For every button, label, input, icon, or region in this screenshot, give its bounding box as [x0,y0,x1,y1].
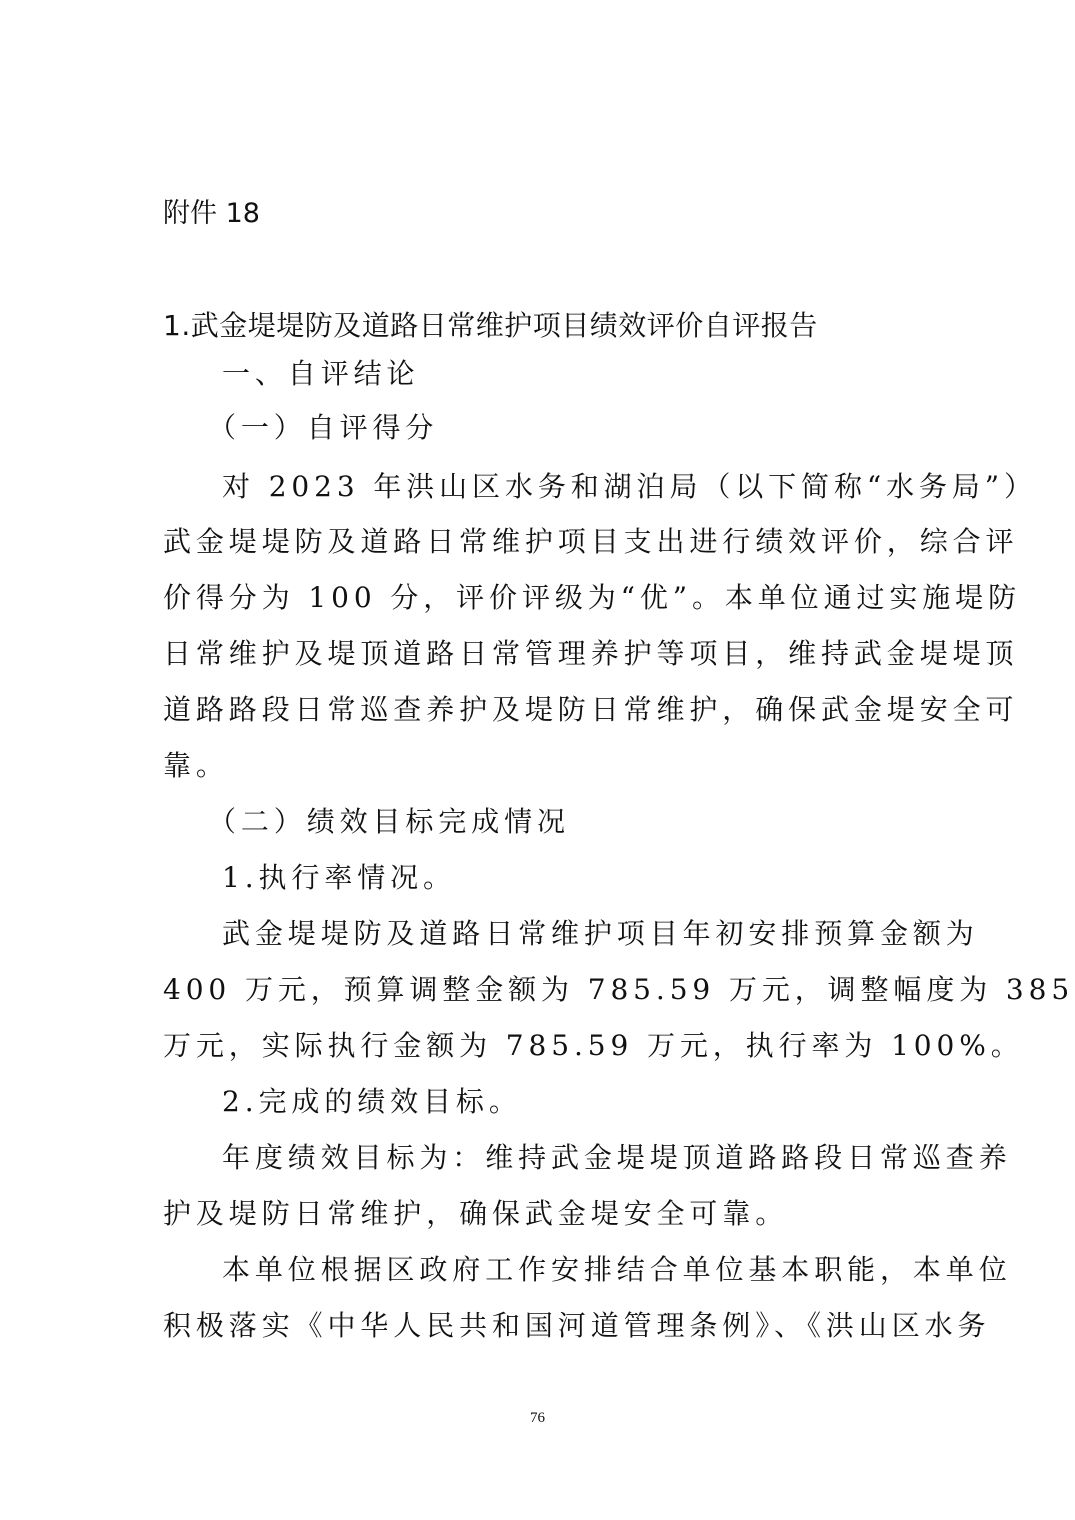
item-heading-execution-rate: 1.执行率情况。 [222,858,456,898]
paragraph-line: 武金堤堤防及道路日常维护项目支出进行绩效评价，综合评 [163,522,1018,562]
paragraph-line: 积极落实《中华人民共和国河道管理条例》、《洪山区水务 [163,1306,990,1346]
document-page: 附件 18 1.武金堤堤防及道路日常维护项目绩效评价自评报告 一、自评结论 （一… [0,0,1075,1520]
subsection-heading-performance-goal-completion: （二）绩效目标完成情况 [208,802,570,842]
paragraph-line: 护及堤防日常维护，确保武金堤安全可靠。 [163,1194,788,1234]
paragraph-line: 万元，实际执行金额为 785.59 万元，执行率为 100%。 [163,1026,1024,1066]
paragraph-line: 400 万元，预算调整金额为 785.59 万元，调整幅度为 385.59 [163,970,1075,1010]
paragraph-line: 对 2023 年洪山区水务和湖泊局（以下简称“水务局”） [222,467,1037,507]
section-heading-self-evaluation-conclusion: 一、自评结论 [222,354,419,394]
paragraph-line: 价得分为 100 分，评价评级为“优”。本单位通过实施堤防 [163,578,1021,618]
attachment-label: 附件 18 [163,194,260,234]
page-number: 76 [0,1408,1075,1428]
subsection-heading-self-evaluation-score: （一）自评得分 [208,408,438,448]
item-heading-completed-goals: 2.完成的绩效目标。 [222,1082,522,1122]
paragraph-line: 日常维护及堤顶道路日常管理养护等项目，维持武金堤堤顶 [163,634,1018,674]
paragraph-line: 本单位根据区政府工作安排结合单位基本职能，本单位 [222,1250,1012,1290]
paragraph-line: 武金堤堤防及道路日常维护项目年初安排预算金额为 [222,914,979,954]
paragraph-line: 靠。 [163,746,229,786]
paragraph-line: 年度绩效目标为：维持武金堤堤顶道路路段日常巡查养 [222,1138,1012,1178]
report-title: 1.武金堤堤防及道路日常维护项目绩效评价自评报告 [163,305,818,347]
paragraph-line: 道路路段日常巡查养护及堤防日常维护，确保武金堤安全可 [163,690,1018,730]
